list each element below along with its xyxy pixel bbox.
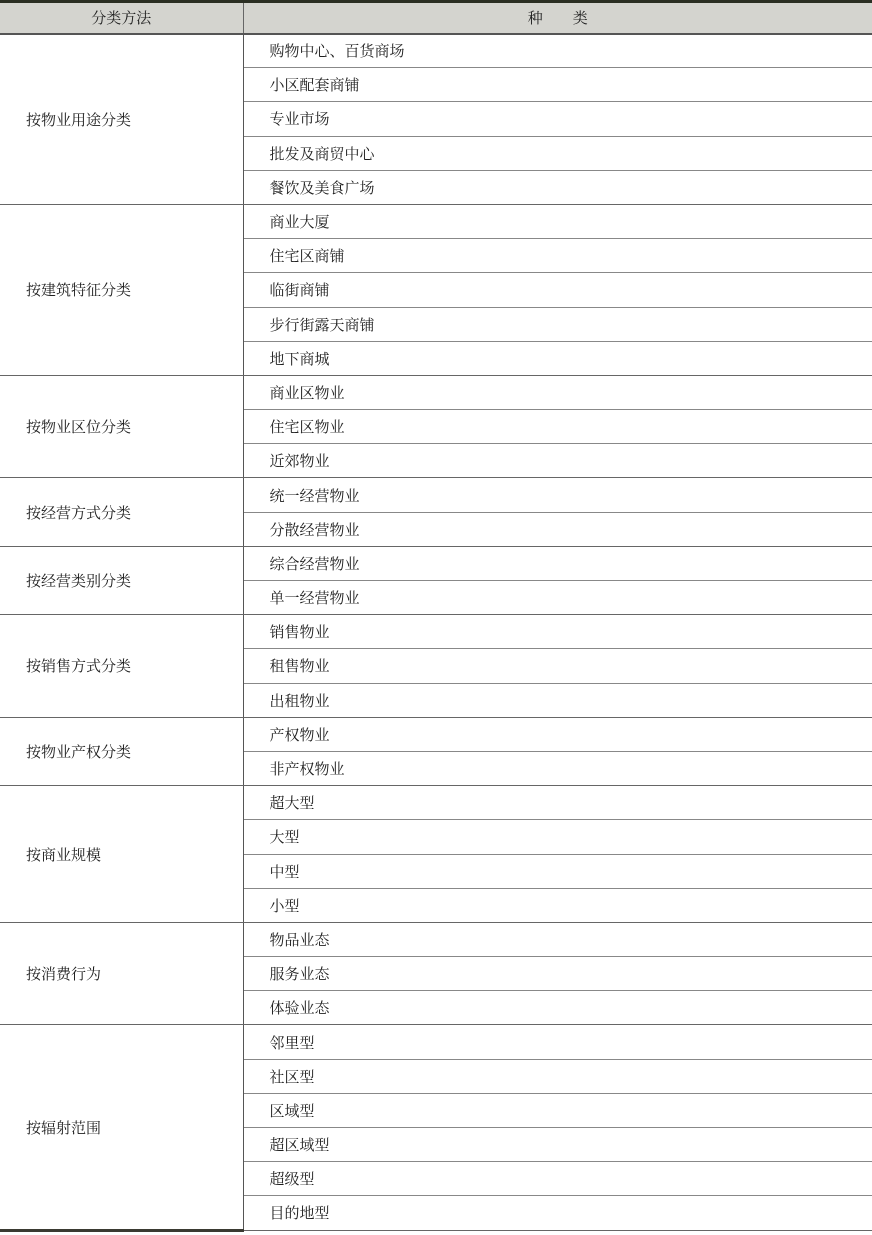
kind-cell: 批发及商贸中心 <box>243 136 872 170</box>
kind-cell: 餐饮及美食广场 <box>243 170 872 204</box>
kind-cell: 中型 <box>243 854 872 888</box>
table-row: 按建筑特征分类商业大厦 <box>0 204 872 238</box>
kind-cell: 地下商城 <box>243 341 872 375</box>
classification-table-page: 分类方法 种 类 按物业用途分类购物中心、百货商场小区配套商铺专业市场批发及商贸… <box>0 0 872 1235</box>
kind-cell: 销售物业 <box>243 615 872 649</box>
kind-cell: 产权物业 <box>243 717 872 751</box>
method-cell: 按消费行为 <box>0 922 243 1025</box>
method-cell: 按销售方式分类 <box>0 615 243 718</box>
method-cell: 按物业区位分类 <box>0 375 243 478</box>
kind-cell: 社区型 <box>243 1059 872 1093</box>
kind-cell: 服务业态 <box>243 957 872 991</box>
method-cell: 按建筑特征分类 <box>0 204 243 375</box>
kind-cell: 单一经营物业 <box>243 581 872 615</box>
kind-cell: 商业大厦 <box>243 204 872 238</box>
table-row: 按物业产权分类产权物业 <box>0 717 872 751</box>
kind-cell: 住宅区物业 <box>243 410 872 444</box>
kind-cell: 超级型 <box>243 1162 872 1196</box>
table-row: 按物业区位分类商业区物业 <box>0 375 872 409</box>
kind-cell: 近郊物业 <box>243 444 872 478</box>
table-row: 按经营类别分类综合经营物业 <box>0 546 872 580</box>
kind-cell: 购物中心、百货商场 <box>243 34 872 68</box>
classification-table: 分类方法 种 类 按物业用途分类购物中心、百货商场小区配套商铺专业市场批发及商贸… <box>0 0 872 1232</box>
method-cell: 按经营类别分类 <box>0 546 243 614</box>
kind-cell: 小型 <box>243 888 872 922</box>
table-row: 按辐射范围邻里型 <box>0 1025 872 1059</box>
kind-cell: 分散经营物业 <box>243 512 872 546</box>
table-row: 按消费行为物品业态 <box>0 922 872 956</box>
kind-cell: 体验业态 <box>243 991 872 1025</box>
kind-cell: 出租物业 <box>243 683 872 717</box>
header-kind: 种 类 <box>243 2 872 34</box>
kind-cell: 物品业态 <box>243 922 872 956</box>
kind-cell: 小区配套商铺 <box>243 68 872 102</box>
kind-cell: 专业市场 <box>243 102 872 136</box>
table-header-row: 分类方法 种 类 <box>0 2 872 34</box>
table-body: 按物业用途分类购物中心、百货商场小区配套商铺专业市场批发及商贸中心餐饮及美食广场… <box>0 34 872 1231</box>
header-method: 分类方法 <box>0 2 243 34</box>
kind-cell: 临街商铺 <box>243 273 872 307</box>
table-row: 按物业用途分类购物中心、百货商场 <box>0 34 872 68</box>
kind-cell: 邻里型 <box>243 1025 872 1059</box>
method-cell: 按物业产权分类 <box>0 717 243 785</box>
kind-cell: 租售物业 <box>243 649 872 683</box>
kind-cell: 超大型 <box>243 786 872 820</box>
kind-cell: 非产权物业 <box>243 751 872 785</box>
table-row: 按销售方式分类销售物业 <box>0 615 872 649</box>
kind-cell: 商业区物业 <box>243 375 872 409</box>
method-cell: 按经营方式分类 <box>0 478 243 546</box>
kind-cell: 大型 <box>243 820 872 854</box>
kind-cell: 超区域型 <box>243 1128 872 1162</box>
method-cell: 按辐射范围 <box>0 1025 243 1230</box>
kind-cell: 目的地型 <box>243 1196 872 1230</box>
method-cell: 按商业规模 <box>0 786 243 923</box>
kind-cell: 步行街露天商铺 <box>243 307 872 341</box>
kind-cell: 综合经营物业 <box>243 546 872 580</box>
kind-cell: 统一经营物业 <box>243 478 872 512</box>
table-row: 按经营方式分类统一经营物业 <box>0 478 872 512</box>
method-cell: 按物业用途分类 <box>0 34 243 205</box>
kind-cell: 住宅区商铺 <box>243 239 872 273</box>
table-row: 按商业规模超大型 <box>0 786 872 820</box>
kind-cell: 区域型 <box>243 1093 872 1127</box>
